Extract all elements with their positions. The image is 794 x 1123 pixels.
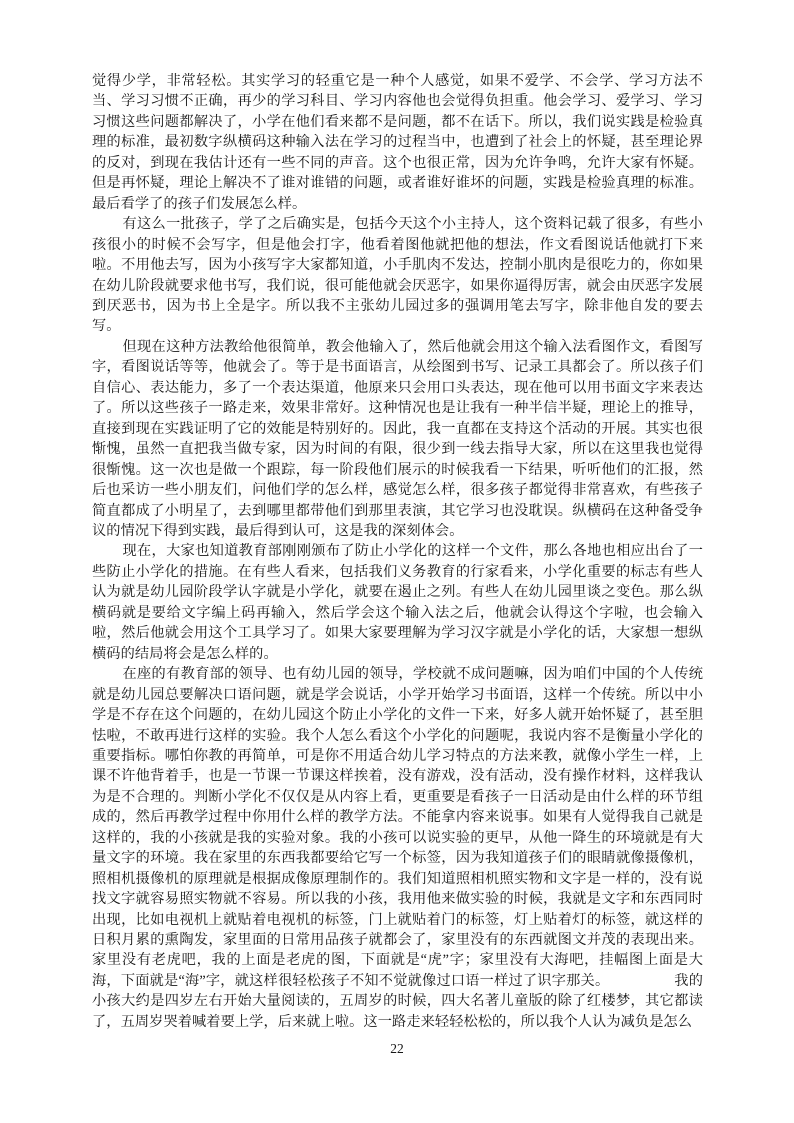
document-body: 觉得少学，非常轻松。其实学习的轻重它是一种个人感觉，如果不爱学、不会学、学习方法…: [92, 71, 703, 1032]
paragraph: 觉得少学，非常轻松。其实学习的轻重它是一种个人感觉，如果不爱学、不会学、学习方法…: [92, 71, 703, 214]
paragraph: 现在，大家也知道教育部刚刚颁布了防止小学化的这样一个文件，那么各地也相应出台了一…: [92, 541, 703, 664]
paragraph: 但现在这种方法教给他很简单，教会他输入了，然后他就会用这个输入法看图作文，看图写…: [92, 337, 703, 542]
document-page: 觉得少学，非常轻松。其实学习的轻重它是一种个人感觉，如果不爱学、不会学、学习方法…: [0, 0, 794, 1123]
page-number: 22: [0, 1040, 794, 1058]
paragraph: 有这么一批孩子，学了之后确实是，包括今天这个小主持人，这个资料记载了很多，有些小…: [92, 214, 703, 337]
paragraph: 在座的有教育部的领导、也有幼儿园的领导，学校就不成问题嘛，因为咱们中国的个人传统…: [92, 664, 703, 1032]
